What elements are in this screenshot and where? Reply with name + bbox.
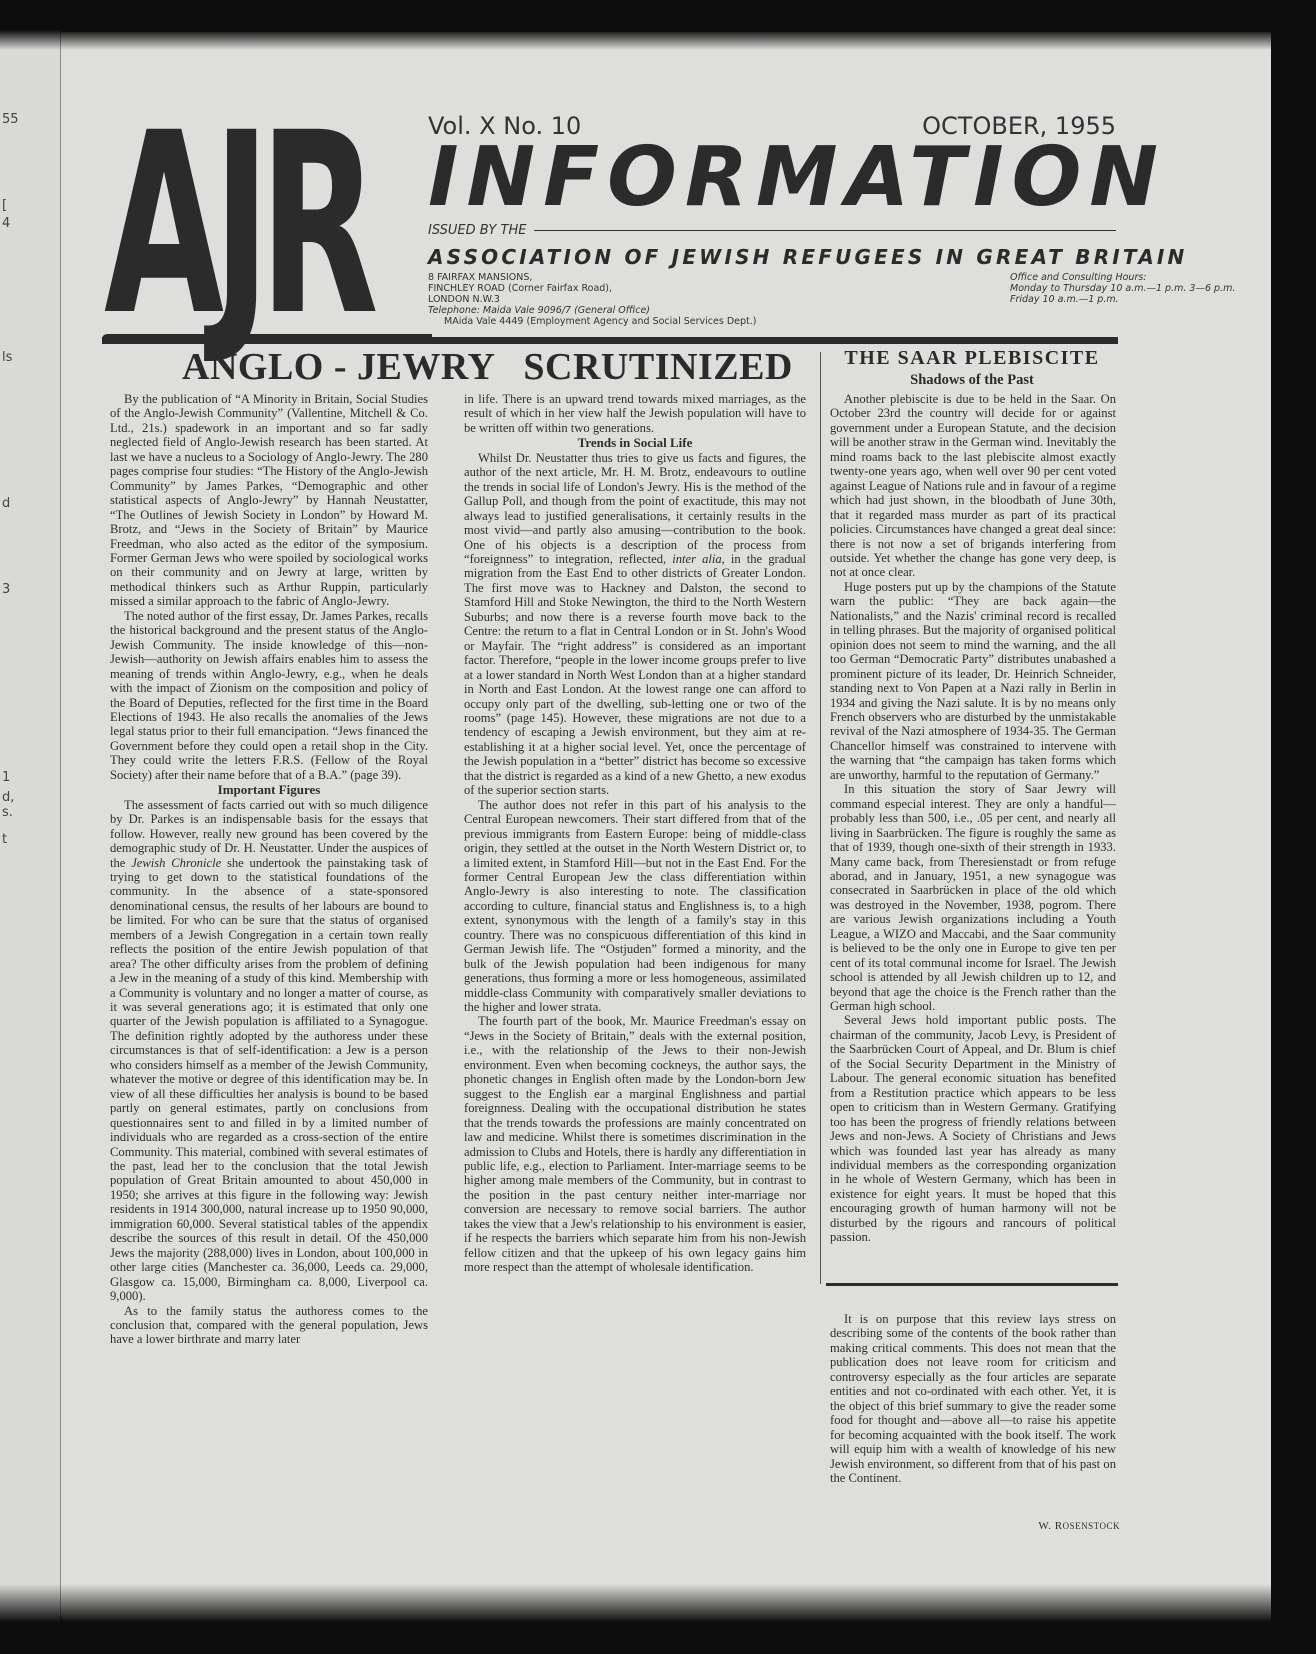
main-article-column-1: By the publication of “A Minority in Bri…	[110, 392, 428, 1347]
main-headline-part-1: ANGLO - JEWRY	[182, 346, 495, 388]
paragraph: The assessment of facts carried out with…	[110, 798, 428, 1304]
paragraph: Huge posters put up by the champions of …	[830, 580, 1116, 782]
office-address: 8 FAIRFAX MANSIONS, FINCHLEY ROAD (Corne…	[428, 272, 756, 327]
publication-title: INFORMATION	[428, 130, 1166, 225]
issued-by-line: ISSUED BY THE	[428, 223, 1116, 238]
address-line: FINCHLEY ROAD (Corner Fairfax Road),	[428, 283, 756, 294]
facing-page-mark: [	[2, 198, 7, 213]
issued-by-rule	[534, 230, 1116, 231]
facing-page-mark: s.	[2, 805, 13, 820]
facing-page-mark: 4	[2, 216, 10, 231]
facing-page-mark: d,	[2, 790, 14, 805]
masthead-rule	[102, 337, 1118, 344]
ajr-logo: AJR	[104, 115, 368, 335]
side-article-headline: THE SAAR PLEBISCITE	[824, 347, 1120, 370]
facing-page-mark: 3	[2, 582, 10, 597]
facing-page-edge: 55 [ 4 ls d 3 1 d, s. t	[0, 30, 61, 1654]
paragraph: It is on purpose that this review lays s…	[830, 1312, 1116, 1485]
hours-friday: Friday 10 a.m.—1 p.m.	[1010, 294, 1235, 305]
telephone-line: Telephone: Maida Vale 9096/7 (General Of…	[428, 305, 756, 316]
scan-shadow-bottom	[0, 1584, 1316, 1654]
association-name: ASSOCIATION OF JEWISH REFUGEES IN GREAT …	[428, 245, 1187, 269]
scan-shadow-top	[0, 0, 1316, 50]
paragraph: As to the family status the authoress co…	[110, 1304, 428, 1347]
paragraph: The fourth part of the book, Mr. Maurice…	[464, 1014, 806, 1274]
paragraph: in life. There is an upward trend toward…	[464, 392, 806, 435]
column-divider	[820, 352, 821, 1284]
facing-page-mark: 1	[2, 770, 10, 785]
telephone-line-2: MAida Vale 4449 (Employment Agency and S…	[428, 316, 756, 327]
main-headline: ANGLO - JEWRYSCRUTINIZED	[182, 345, 793, 389]
hours-weekdays: Monday to Thursday 10 a.m.—1 p.m. 3—6 p.…	[1010, 283, 1235, 294]
paragraph: Whilst Dr. Neustatter thus tries to give…	[464, 451, 806, 798]
main-article-column-2: in life. There is an upward trend toward…	[464, 392, 806, 1275]
office-hours: Office and Consulting Hours: Monday to T…	[1010, 272, 1235, 305]
paragraph: The noted author of the first essay, Dr.…	[110, 609, 428, 782]
facing-page-mark: d	[2, 496, 10, 511]
paragraph: By the publication of “A Minority in Bri…	[110, 392, 428, 609]
author-signature: W. ROSENSTOCK	[1038, 1520, 1120, 1532]
hours-label: Office and Consulting Hours:	[1010, 272, 1235, 283]
facing-page-mark: ls	[2, 350, 12, 365]
facing-page-mark: 55	[2, 112, 19, 127]
address-line: LONDON N.W.3	[428, 294, 756, 305]
address-line: 8 FAIRFAX MANSIONS,	[428, 272, 756, 283]
section-rule	[826, 1283, 1118, 1286]
main-headline-part-2: SCRUTINIZED	[523, 346, 792, 388]
paragraph: In this situation the story of Saar Jewr…	[830, 782, 1116, 1013]
main-article-conclusion: It is on purpose that this review lays s…	[830, 1312, 1116, 1485]
paragraph: The author does not refer in this part o…	[464, 798, 806, 1015]
side-article-body: Another plebiscite is due to be held in …	[830, 392, 1116, 1245]
subheading-trends-in-social-life: Trends in Social Life	[464, 436, 806, 450]
issued-by-label: ISSUED BY THE	[428, 223, 526, 238]
facing-page-mark: t	[2, 832, 7, 847]
side-article-subheadline: Shadows of the Past	[824, 372, 1120, 389]
paragraph: Another plebiscite is due to be held in …	[830, 392, 1116, 580]
subheading-important-figures: Important Figures	[110, 783, 428, 797]
paragraph: Several Jews hold important public posts…	[830, 1013, 1116, 1244]
